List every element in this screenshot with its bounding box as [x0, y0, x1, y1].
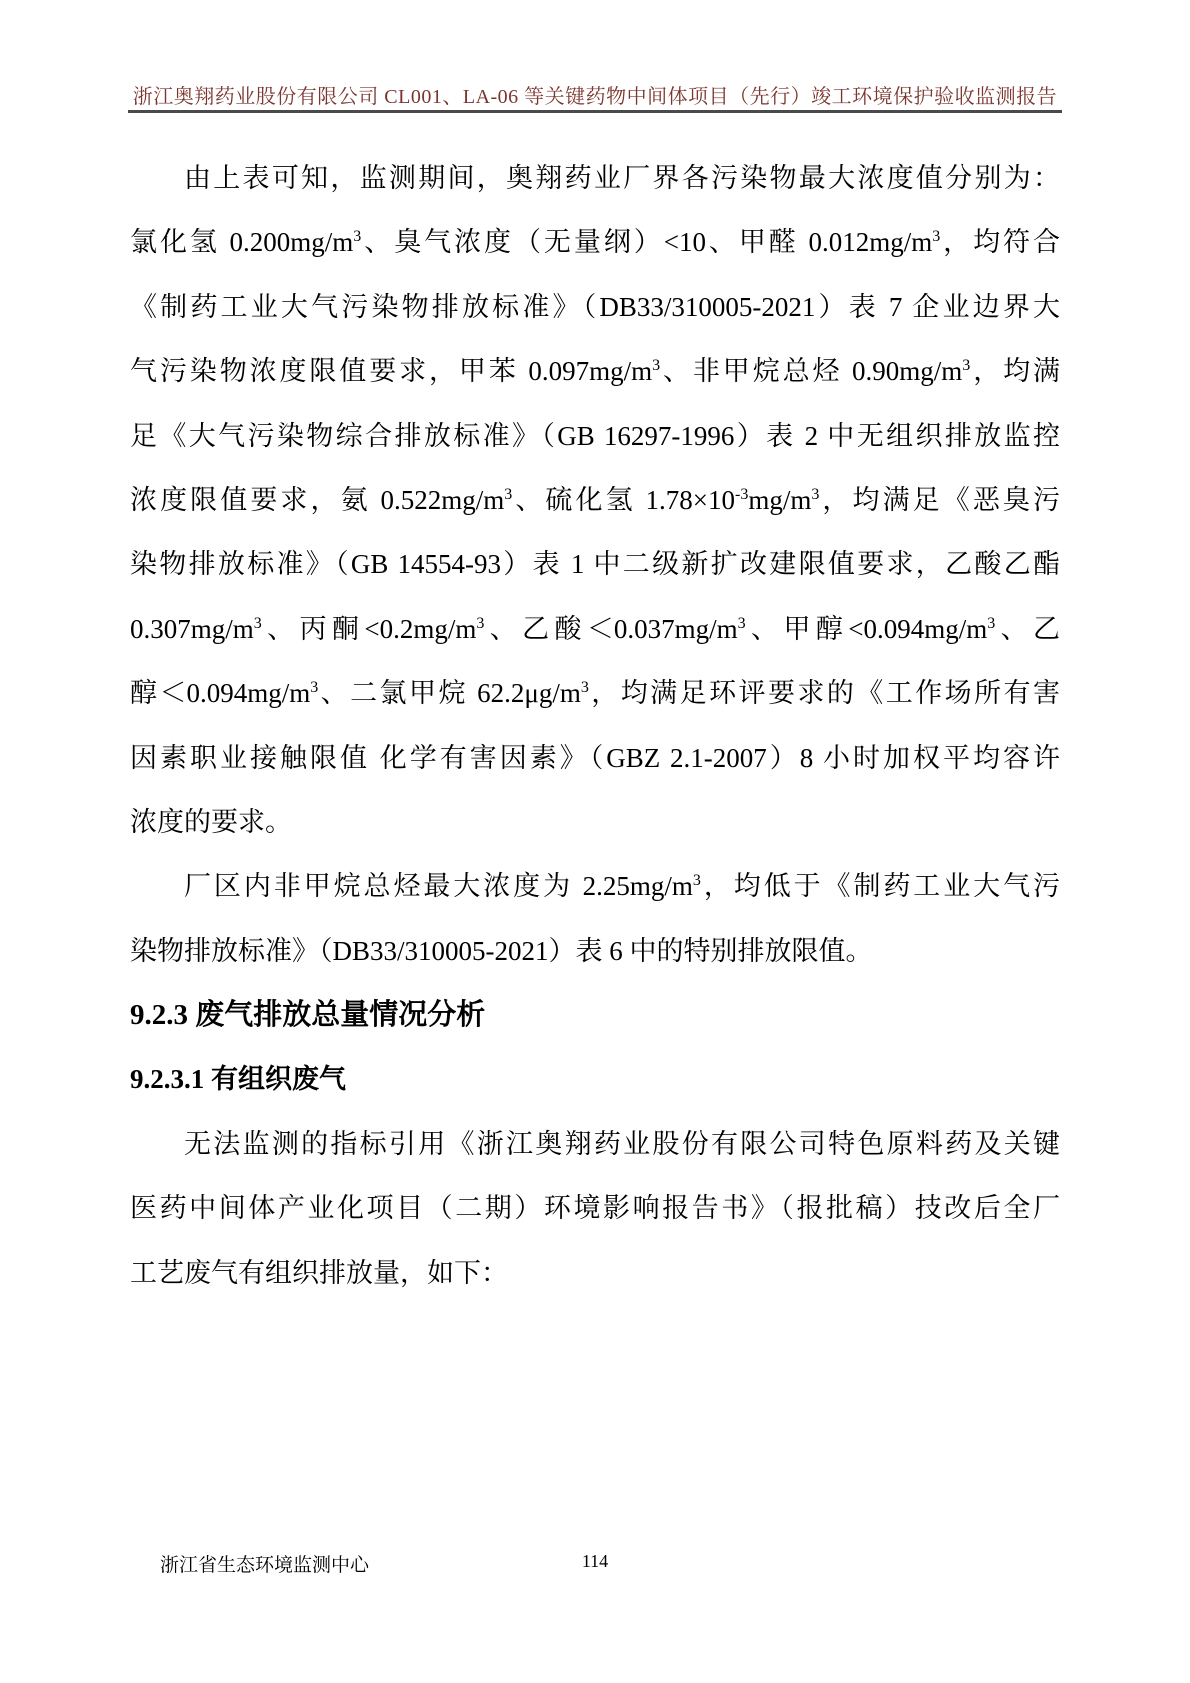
- text-segment: 醇＜0.094mg/m: [130, 678, 310, 708]
- superscript: 3: [693, 872, 701, 889]
- text-line: 气污染物浓度限值要求，甲苯 0.097mg/m3、非甲烷总烃 0.90mg/m3…: [130, 339, 1060, 403]
- text-segment: 0.307mg/m: [130, 614, 254, 644]
- text-line: 染物排放标准》（DB33/310005-2021）表 6 中的特别排放限值。: [130, 919, 1060, 983]
- superscript: 3: [504, 486, 512, 503]
- text-segment: 、硫化氢 1.78×10: [512, 485, 735, 515]
- text-segment: 、臭气浓度（无量纲）<10、甲醛 0.012mg/m: [361, 227, 932, 257]
- superscript: 3: [581, 679, 589, 696]
- text-segment: 、丙酮<0.2mg/m: [262, 614, 477, 644]
- text-segment: 、非甲烷总烃 0.90mg/m: [660, 356, 962, 386]
- text-line: 足《大气污染物综合排放标准》（GB 16297-1996）表 2 中无组织排放监…: [130, 404, 1060, 468]
- text-line: 醇＜0.094mg/m3、二氯甲烷 62.2μg/m3，均满足环评要求的《工作场…: [130, 661, 1060, 725]
- superscript: 3: [987, 615, 995, 632]
- text-segment: ，均满足《恶臭污: [819, 485, 1060, 515]
- text-segment: 无法监测的指标引用《浙江奥翔药业股份有限公司特色原料药及关键: [184, 1129, 1060, 1159]
- section-heading: 9.2.3 废气排放总量情况分析: [130, 983, 1060, 1047]
- text-segment: ，均低于《制药工业大气污: [701, 871, 1060, 901]
- text-segment: 厂区内非甲烷总烃最大浓度为 2.25mg/m: [184, 871, 693, 901]
- header-title: 浙江奥翔药业股份有限公司 CL001、LA-06 等关键药物中间体项目（先行）竣…: [128, 80, 1062, 109]
- text-segment: 医药中间体产业化项目（二期）环境影响报告书》（报批稿）技改后全厂: [130, 1193, 1060, 1223]
- text-segment: 浓度的要求。: [130, 807, 292, 837]
- text-segment: 《制药工业大气污染物排放标准》（DB33/310005-2021）表 7 企业边…: [130, 292, 1060, 322]
- page-number: 114: [0, 1551, 1190, 1572]
- text-line: 厂区内非甲烷总烃最大浓度为 2.25mg/m3，均低于《制药工业大气污: [130, 854, 1060, 918]
- text-line: 《制药工业大气污染物排放标准》（DB33/310005-2021）表 7 企业边…: [130, 275, 1060, 339]
- text-line: 由上表可知，监测期间，奥翔药业厂界各污染物最大浓度值分别为：: [130, 146, 1060, 210]
- text-line: 无法监测的指标引用《浙江奥翔药业股份有限公司特色原料药及关键: [130, 1112, 1060, 1176]
- text-line: 因素职业接触限值 化学有害因素》（GBZ 2.1-2007）8 小时加权平均容许: [130, 726, 1060, 790]
- superscript: 3: [254, 615, 262, 632]
- superscript: 3: [353, 228, 361, 245]
- text-line: 氯化氢 0.200mg/m3、臭气浓度（无量纲）<10、甲醛 0.012mg/m…: [130, 210, 1060, 274]
- text-segment: 、甲醇<0.094mg/m: [746, 614, 988, 644]
- superscript: 3: [962, 357, 970, 374]
- text-segment: 气污染物浓度限值要求，甲苯 0.097mg/m: [130, 356, 652, 386]
- text-segment: 染物排放标准》（GB 14554-93）表 1 中二级新扩改建限值要求，乙酸乙酯: [130, 549, 1060, 579]
- text-line: 医药中间体产业化项目（二期）环境影响报告书》（报批稿）技改后全厂: [130, 1176, 1060, 1240]
- text-segment: 工艺废气有组织排放量，如下：: [130, 1258, 508, 1288]
- text-line: 工艺废气有组织排放量，如下：: [130, 1241, 1060, 1305]
- text-line: 0.307mg/m3、丙酮<0.2mg/m3、乙酸＜0.037mg/m3、甲醇<…: [130, 597, 1060, 661]
- text-segment: 、乙酸＜0.037mg/m: [484, 614, 737, 644]
- text-line: 浓度限值要求，氨 0.522mg/m3、硫化氢 1.78×10-3mg/m3，均…: [130, 468, 1060, 532]
- section-heading: 9.2.3.1 有组织废气: [130, 1047, 1060, 1111]
- report-page: 浙江奥翔药业股份有限公司 CL001、LA-06 等关键药物中间体项目（先行）竣…: [0, 0, 1190, 1683]
- text-segment: ，均满足环评要求的《工作场所有害: [589, 678, 1060, 708]
- text-segment: ，均符合: [940, 227, 1060, 257]
- superscript: 3: [811, 486, 819, 503]
- superscript: 3: [738, 615, 746, 632]
- text-segment: 因素职业接触限值 化学有害因素》（GBZ 2.1-2007）8 小时加权平均容许: [130, 743, 1060, 773]
- header-rule: [128, 110, 1062, 113]
- text-segment: 氯化氢 0.200mg/m: [130, 227, 353, 257]
- text-line: 染物排放标准》（GB 14554-93）表 1 中二级新扩改建限值要求，乙酸乙酯: [130, 532, 1060, 596]
- text-segment: 、二氯甲烷 62.2μg/m: [318, 678, 581, 708]
- text-segment: 、乙: [995, 614, 1060, 644]
- text-segment: mg/m: [748, 485, 811, 515]
- text-segment: ，均满: [970, 356, 1060, 386]
- superscript: 3: [310, 679, 318, 696]
- superscript: 3: [476, 615, 484, 632]
- document-body: 由上表可知，监测期间，奥翔药业厂界各污染物最大浓度值分别为：氯化氢 0.200m…: [130, 146, 1060, 1305]
- text-segment: 足《大气污染物综合排放标准》（GB 16297-1996）表 2 中无组织排放监…: [130, 421, 1060, 451]
- superscript: -3: [735, 486, 748, 503]
- superscript: 3: [932, 228, 940, 245]
- text-segment: 染物排放标准》（DB33/310005-2021）表 6 中的特别排放限值。: [130, 936, 873, 966]
- superscript: 3: [652, 357, 660, 374]
- text-segment: 由上表可知，监测期间，奥翔药业厂界各污染物最大浓度值分别为：: [184, 163, 1060, 193]
- text-segment: 浓度限值要求，氨 0.522mg/m: [130, 485, 504, 515]
- text-line: 浓度的要求。: [130, 790, 1060, 854]
